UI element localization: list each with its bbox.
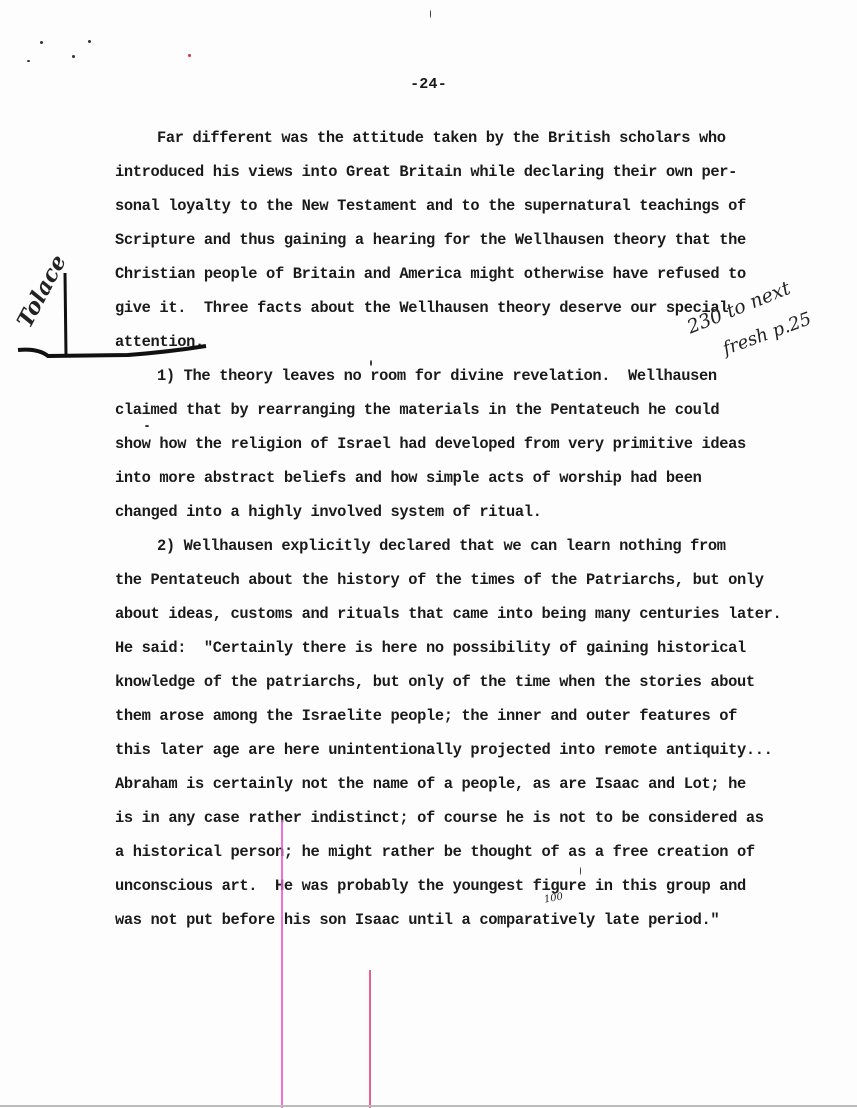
text-line: was not put before his son Isaac until a… — [115, 910, 719, 930]
pink-marker-line — [281, 820, 283, 1108]
scan-speck — [40, 41, 43, 44]
text-line: this later age are here unintentionally … — [115, 740, 773, 760]
text-line: 1) The theory leaves no room for divine … — [157, 366, 717, 386]
scan-speck — [0, 1105, 857, 1107]
text-line: about ideas, customs and rituals that ca… — [115, 604, 781, 624]
text-line: into more abstract beliefs and how simpl… — [115, 468, 701, 488]
text-line: Abraham is certainly not the name of a p… — [115, 774, 746, 794]
text-line: Scripture and thus gaining a hearing for… — [115, 230, 746, 250]
scan-speck — [370, 360, 372, 366]
text-line: sonal loyalty to the New Testament and t… — [115, 196, 746, 216]
text-line: claimed that by rearranging the material… — [115, 400, 719, 420]
text-line: Christian people of Britain and America … — [115, 264, 746, 284]
scan-speck — [88, 40, 91, 43]
text-line: show how the religion of Israel had deve… — [115, 434, 746, 454]
text-line: the Pentateuch about the history of the … — [115, 570, 764, 590]
text-line: changed into a highly involved system of… — [115, 502, 542, 522]
text-line: 2) Wellhausen explicitly declared that w… — [157, 536, 726, 556]
scan-speck — [145, 425, 149, 427]
text-line: knowledge of the patriarchs, but only of… — [115, 672, 755, 692]
text-line: them arose among the Israelite people; t… — [115, 706, 737, 726]
text-line: a historical person; he might rather be … — [115, 842, 755, 862]
text-line: is in any case rather indistinct; of cou… — [115, 808, 764, 828]
scan-speck — [188, 54, 191, 57]
scan-speck — [72, 55, 75, 58]
text-line: Far different was the attitude taken by … — [157, 128, 726, 148]
page-number: -24- — [0, 76, 857, 93]
text-line: unconscious art. He was probably the you… — [115, 876, 746, 896]
scan-speck — [430, 10, 431, 18]
small-handwritten-note: 100 — [543, 891, 564, 905]
text-line: introduced his views into Great Britain … — [115, 162, 737, 182]
document-page: -24- Far different was the attitude take… — [0, 0, 857, 1108]
scan-speck — [27, 60, 30, 62]
text-line: He said: "Certainly there is here no pos… — [115, 638, 746, 658]
scan-speck — [580, 867, 581, 875]
pink-marker-line — [369, 970, 371, 1108]
